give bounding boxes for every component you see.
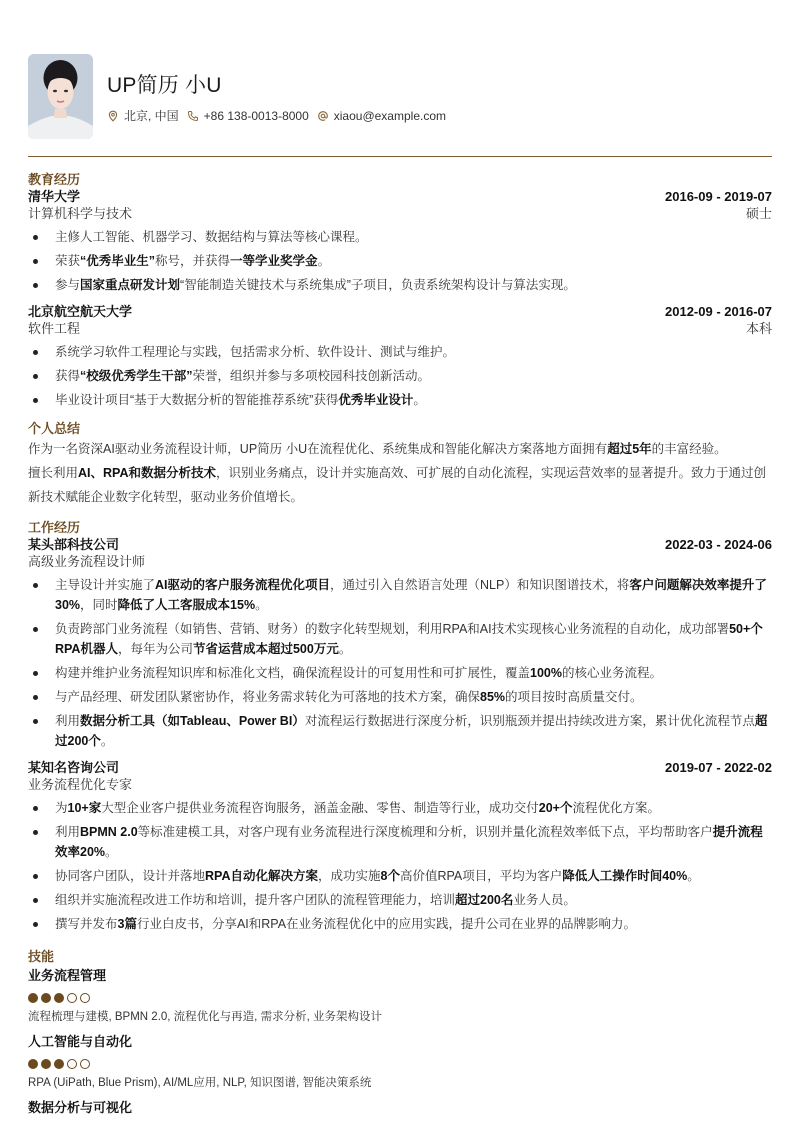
section-title-education: 教育经历 [28,171,772,188]
work-item: 某知名咨询公司 2019-07 - 2022-02 业务流程优化专家 为10+家… [28,759,772,934]
contact-email[interactable]: xiaou@example.com [317,109,446,123]
bullet-list: 主修人工智能、机器学习、数据结构与算法等核心课程。荣获“优秀毕业生”称号，并获得… [28,227,772,295]
list-item: 组织并实施流程改进工作坊和培训，提升客户团队的流程管理能力，培训超过200名业务… [28,890,772,910]
summary-section: 个人总结 作为一名资深AI驱动业务流程设计师，UP简历 小U在流程优化、系统集成… [28,420,772,509]
skill-item: 数据分析与可视化 [28,1099,772,1117]
skill-name: 人工智能与自动化 [28,1033,772,1051]
list-item: 主导设计并实施了AI驱动的客户服务流程优化项目，通过引入自然语言处理（NLP）和… [28,575,772,615]
rating-dot-empty-icon [67,993,77,1003]
list-item: 为10+家大型企业客户提供业务流程咨询服务，涵盖金融、零售、制造等行业，成功交付… [28,798,772,818]
company-name: 某知名咨询公司 [28,759,119,776]
header-divider [28,156,772,157]
bullet-list: 为10+家大型企业客户提供业务流程咨询服务，涵盖金融、零售、制造等行业，成功交付… [28,798,772,934]
skill-level-rating [28,1059,772,1069]
summary-text: 作为一名资深AI驱动业务流程设计师，UP简历 小U在流程优化、系统集成和智能化解… [28,437,772,509]
bullet-list: 主导设计并实施了AI驱动的客户服务流程优化项目，通过引入自然语言处理（NLP）和… [28,575,772,751]
resume-header: UP简历 小U 北京, 中国 +86 138-0013-8000 [28,54,454,139]
work-section: 工作经历 某头部科技公司 2022-03 - 2024-06 高级业务流程设计师… [28,519,772,934]
education-date: 2012-09 - 2016-07 [665,303,772,320]
resume-page: UP简历 小U 北京, 中国 +86 138-0013-8000 [0,0,800,1130]
contact-location: 北京, 中国 [107,107,179,124]
contact-phone[interactable]: +86 138-0013-8000 [187,109,309,123]
list-item: 撰写并发布3篇行业白皮书，分享AI和RPA在业务流程优化中的应用实践，提升公司在… [28,914,772,934]
work-item: 某头部科技公司 2022-03 - 2024-06 高级业务流程设计师 主导设计… [28,536,772,751]
section-title-skills: 技能 [28,948,772,965]
skill-item: 业务流程管理 流程梳理与建模, BPMN 2.0, 流程优化与再造, 需求分析,… [28,967,772,1025]
bullet-list: 系统学习软件工程理论与实践，包括需求分析、软件设计、测试与维护。获得“校级优秀学… [28,342,772,410]
work-date: 2019-07 - 2022-02 [665,759,772,776]
rating-dot-filled-icon [54,1059,64,1069]
list-item: 构建并维护业务流程知识库和标准化文档，确保流程设计的可复用性和可扩展性，覆盖10… [28,663,772,683]
school-name: 北京航空航天大学 [28,303,132,320]
rating-dot-empty-icon [80,993,90,1003]
rating-dot-empty-icon [67,1059,77,1069]
degree: 硕士 [746,205,772,223]
rating-dot-filled-icon [28,993,38,1003]
skill-detail: RPA (UiPath, Blue Prism), AI/ML应用, NLP, … [28,1075,772,1091]
at-sign-icon [317,110,329,122]
summary-line: 擅长利用AI、RPA和数据分析技术，识别业务痛点，设计并实施高效、可扩展的自动化… [28,461,772,509]
list-item: 负责跨部门业务流程（如销售、营销、财务）的数字化转型规划，利用RPA和AI技术实… [28,619,772,659]
rating-dot-empty-icon [80,1059,90,1069]
list-item: 利用数据分析工具（如Tableau、Power BI）对流程运行数据进行深度分析… [28,711,772,751]
map-pin-icon [107,110,119,122]
school-name: 清华大学 [28,188,80,205]
job-title: 业务流程优化专家 [28,776,772,794]
rating-dot-filled-icon [28,1059,38,1069]
major: 软件工程 [28,320,80,338]
job-title: 高级业务流程设计师 [28,553,772,571]
list-item: 主修人工智能、机器学习、数据结构与算法等核心课程。 [28,227,772,247]
education-item: 清华大学 2016-09 - 2019-07 计算机科学与技术 硕士 主修人工智… [28,188,772,295]
skill-name: 数据分析与可视化 [28,1099,772,1117]
rating-dot-filled-icon [41,1059,51,1069]
summary-line: 作为一名资深AI驱动业务流程设计师，UP简历 小U在流程优化、系统集成和智能化解… [28,437,772,461]
list-item: 参与国家重点研发计划“智能制造关键技术与系统集成”子项目，负责系统架构设计与算法… [28,275,772,295]
degree: 本科 [746,320,772,338]
list-item: 与产品经理、研发团队紧密协作，将业务需求转化为可落地的技术方案，确保85%的项目… [28,687,772,707]
skill-name: 业务流程管理 [28,967,772,985]
skills-section: 技能 业务流程管理 流程梳理与建模, BPMN 2.0, 流程优化与再造, 需求… [28,948,772,1117]
list-item: 协同客户团队，设计并落地RPA自动化解决方案，成功实施8个高价值RPA项目，平均… [28,866,772,886]
skill-level-rating [28,993,772,1003]
list-item: 利用BPMN 2.0等标准建模工具，对客户现有业务流程进行深度梳理和分析，识别并… [28,822,772,862]
work-date: 2022-03 - 2024-06 [665,536,772,553]
list-item: 获得“校级优秀学生干部”荣誉，组织并参与多项校园科技创新活动。 [28,366,772,386]
section-title-work: 工作经历 [28,519,772,536]
list-item: 毕业设计项目“基于大数据分析的智能推荐系统”获得优秀毕业设计。 [28,390,772,410]
resume-content: 教育经历 清华大学 2016-09 - 2019-07 计算机科学与技术 硕士 … [28,171,772,1117]
profile-photo [28,54,93,139]
phone-icon [187,110,199,122]
list-item: 系统学习软件工程理论与实践，包括需求分析、软件设计、测试与维护。 [28,342,772,362]
skill-item: 人工智能与自动化 RPA (UiPath, Blue Prism), AI/ML… [28,1033,772,1091]
skill-detail: 流程梳理与建模, BPMN 2.0, 流程优化与再造, 需求分析, 业务架构设计 [28,1009,772,1025]
company-name: 某头部科技公司 [28,536,119,553]
major: 计算机科学与技术 [28,205,132,223]
section-title-summary: 个人总结 [28,420,772,437]
education-section: 教育经历 清华大学 2016-09 - 2019-07 计算机科学与技术 硕士 … [28,171,772,410]
list-item: 荣获“优秀毕业生”称号，并获得一等学业奖学金。 [28,251,772,271]
portrait-image [28,54,93,139]
contact-info: 北京, 中国 +86 138-0013-8000 xiaou@example.c… [107,107,454,124]
education-date: 2016-09 - 2019-07 [665,188,772,205]
rating-dot-filled-icon [54,993,64,1003]
education-item: 北京航空航天大学 2012-09 - 2016-07 软件工程 本科 系统学习软… [28,303,772,410]
candidate-name: UP简历 小U [107,73,454,99]
rating-dot-filled-icon [41,993,51,1003]
